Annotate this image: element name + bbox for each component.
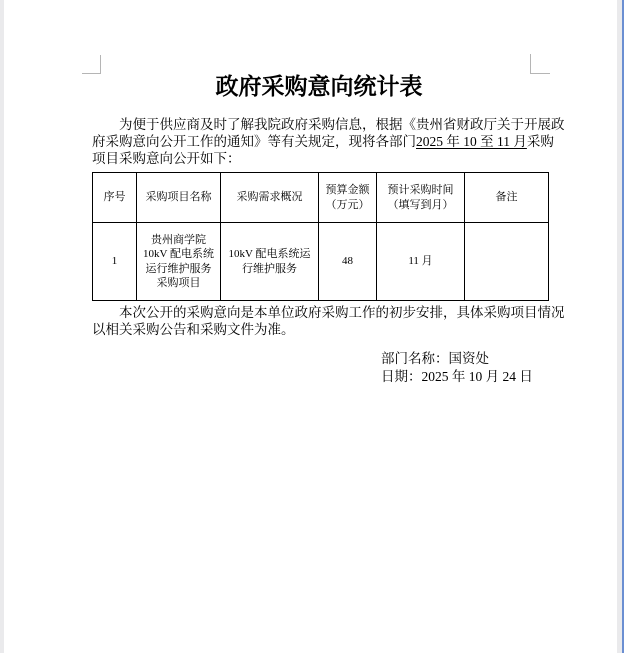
cell-seq: 1 xyxy=(93,223,137,301)
header-seq: 序号 xyxy=(93,173,137,223)
procurement-intent-table: 序号 采购项目名称 采购需求概况 预算金额（万元） 预计采购时间（填写到月） 备… xyxy=(92,172,549,301)
document-title: 政府采购意向统计表 xyxy=(92,72,546,102)
department-name-line: 部门名称：国资处 xyxy=(381,350,533,368)
header-requirement: 采购需求概况 xyxy=(221,173,319,223)
closing-paragraph: 本次公开的采购意向是本单位政府采购工作的初步安排，具体采购项目情况 以相关采购公… xyxy=(92,304,552,338)
header-project-name: 采购项目名称 xyxy=(137,173,221,223)
intro-line-3: 项目采购意向公开如下： xyxy=(92,150,552,167)
cell-remarks xyxy=(465,223,549,301)
intro-line-1: 为便于供应商及时了解我院政府采购信息，根据《贵州省财政厅关于开展政 xyxy=(92,116,552,133)
cell-project-name: 贵州商学院 10kV 配电系统运行维护服务采购项目 xyxy=(137,223,221,301)
table-row: 1 贵州商学院 10kV 配电系统运行维护服务采购项目 10kV 配电系统运行维… xyxy=(93,223,549,301)
intro-line-2-text: 府采购意向公开工作的通知》等有关规定，现将各部门 xyxy=(92,134,416,149)
header-remarks: 备注 xyxy=(465,173,549,223)
header-planned-time: 预计采购时间（填写到月） xyxy=(377,173,465,223)
date-line: 日期：2025 年 10 月 24 日 xyxy=(381,368,533,386)
signature-block: 部门名称：国资处 日期：2025 年 10 月 24 日 xyxy=(381,350,533,385)
header-budget: 预算金额（万元） xyxy=(319,173,377,223)
cell-requirement: 10kV 配电系统运行维护服务 xyxy=(221,223,319,301)
word-document-viewport: 政府采购意向统计表 为便于供应商及时了解我院政府采购信息，根据《贵州省财政厅关于… xyxy=(0,0,625,653)
closing-line-1: 本次公开的采购意向是本单位政府采购工作的初步安排，具体采购项目情况 xyxy=(92,304,552,321)
margin-crop-mark-top-right-icon xyxy=(530,54,550,74)
cell-budget: 48 xyxy=(319,223,377,301)
closing-line-2: 以相关采购公告和采购文件为准。 xyxy=(92,321,552,338)
cell-planned-time: 11 月 xyxy=(377,223,465,301)
intro-line-2-tail: 采购 xyxy=(527,134,554,149)
table-header-row: 序号 采购项目名称 采购需求概况 预算金额（万元） 预计采购时间（填写到月） 备… xyxy=(93,173,549,223)
window-right-border xyxy=(622,0,624,653)
intro-date-range-underlined: 2025 年 10 至 11 月 xyxy=(416,134,527,149)
intro-line-2: 府采购意向公开工作的通知》等有关规定，现将各部门2025 年 10 至 11 月… xyxy=(92,133,552,150)
left-page-gutter xyxy=(0,0,4,653)
intro-paragraph: 为便于供应商及时了解我院政府采购信息，根据《贵州省财政厅关于开展政 府采购意向公… xyxy=(92,116,552,168)
document-page[interactable]: 政府采购意向统计表 为便于供应商及时了解我院政府采购信息，根据《贵州省财政厅关于… xyxy=(4,0,617,653)
